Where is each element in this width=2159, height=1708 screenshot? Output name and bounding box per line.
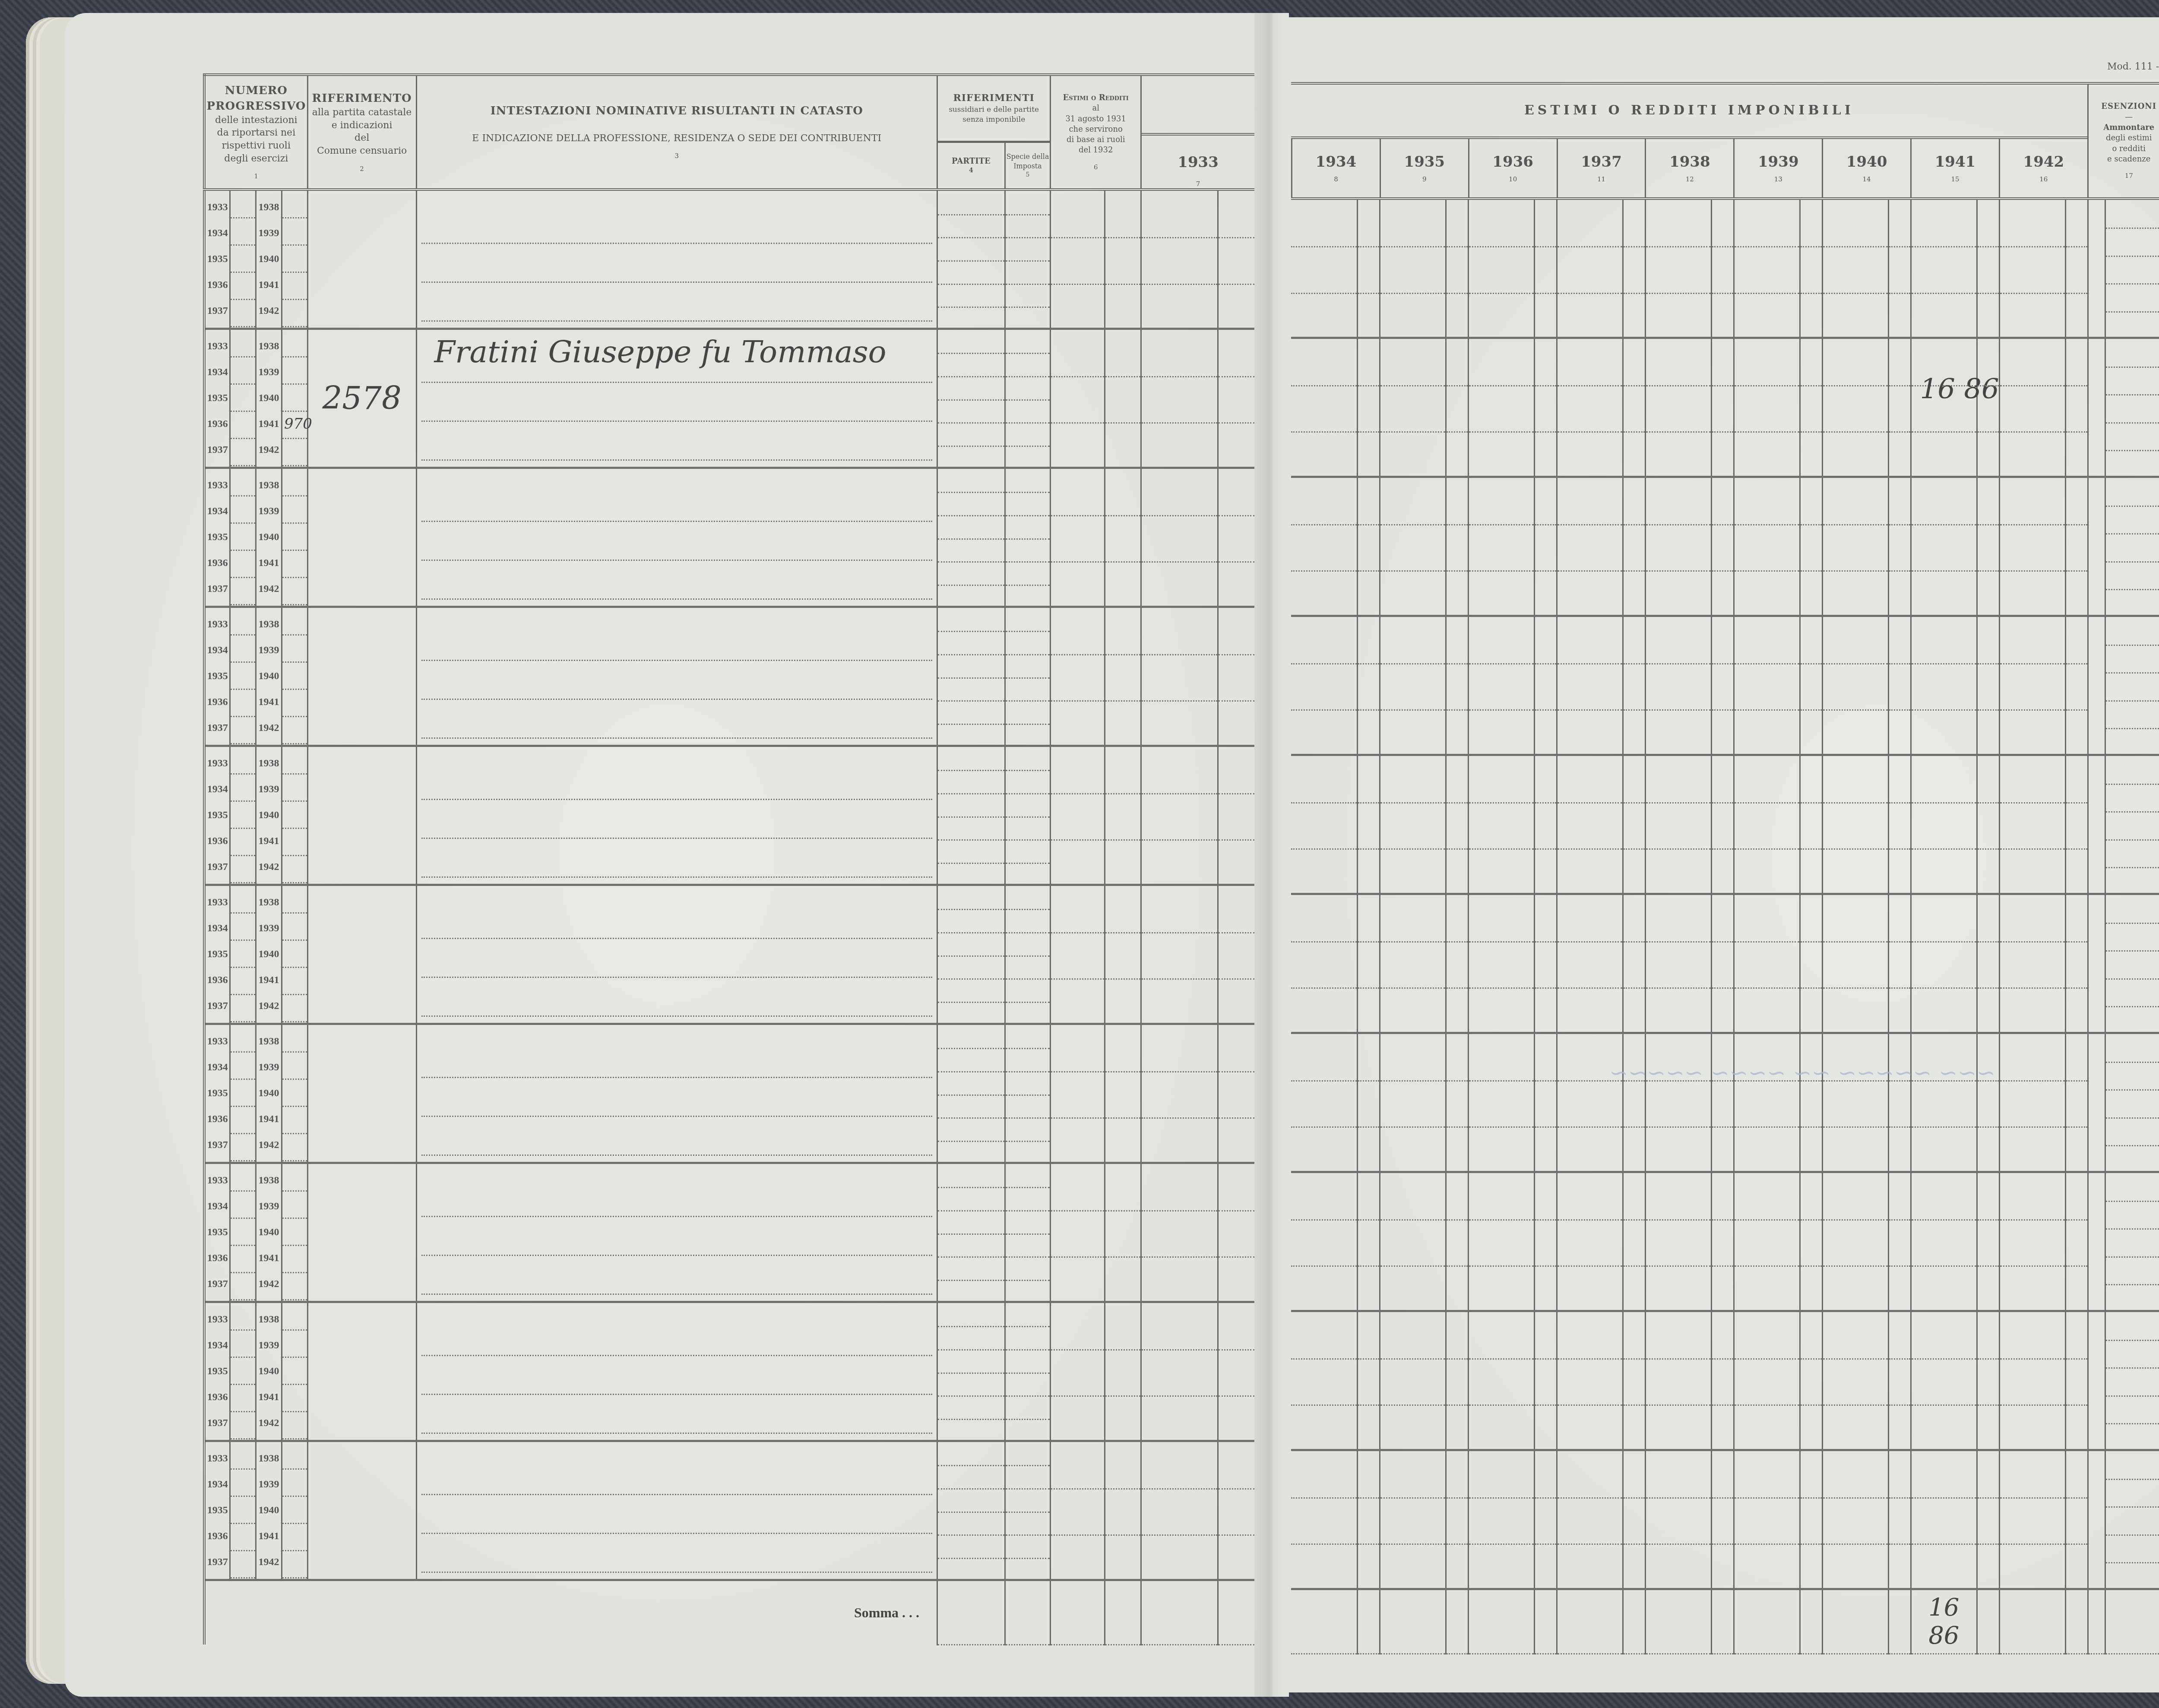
estimo-1940-cents[interactable]	[1889, 1172, 1911, 1311]
estimo-1934-cell[interactable]	[1291, 1311, 1358, 1450]
estimo-1941-cell[interactable]: 16 86	[1911, 338, 1977, 477]
estimo-1941-cents[interactable]	[1977, 894, 1999, 1033]
specie-cell[interactable]	[1005, 607, 1051, 746]
estimo-1936-cents[interactable]	[1535, 477, 1557, 616]
estimo-1939-cents[interactable]	[1800, 1033, 1822, 1172]
estimo-1935-cell[interactable]	[1380, 477, 1446, 616]
estimo-1937-cents[interactable]	[1623, 1033, 1645, 1172]
esenzioni-mark-cell[interactable]	[2088, 755, 2105, 894]
estimi-1931-cell[interactable]	[1051, 885, 1105, 1024]
estimo-1936-cell[interactable]	[1468, 338, 1535, 477]
esenzioni-cell[interactable]	[2105, 1311, 2159, 1450]
specie-cell[interactable]	[1005, 468, 1051, 607]
estimo-1936-cents[interactable]	[1535, 755, 1557, 894]
estimo-1937-cell[interactable]	[1557, 338, 1623, 477]
estimo-1937-cents[interactable]	[1623, 1172, 1645, 1311]
estimo-1935-cents[interactable]	[1446, 477, 1468, 616]
esenzioni-mark-cell[interactable]	[2088, 1450, 2105, 1589]
estimo-1939-cents[interactable]	[1800, 199, 1822, 338]
partite-cell[interactable]	[937, 607, 1005, 746]
estimi-1931-cents[interactable]	[1105, 1163, 1141, 1302]
year-1933-cell[interactable]	[1141, 885, 1218, 1024]
year-label: 1937	[206, 1410, 229, 1436]
estimo-1935-cents[interactable]	[1446, 1172, 1468, 1311]
estimi-1931-cell[interactable]	[1051, 746, 1105, 885]
estimo-1939-cents[interactable]	[1800, 338, 1822, 477]
specie-cell[interactable]	[1005, 190, 1051, 329]
intestazione-cell[interactable]	[416, 1163, 937, 1302]
partite-cell[interactable]	[937, 746, 1005, 885]
estimo-1940-cell[interactable]	[1822, 755, 1889, 894]
estimi-1931-cents[interactable]	[1105, 1024, 1141, 1163]
riferimento-cell[interactable]	[307, 1024, 416, 1163]
estimo-1935-cell[interactable]	[1380, 894, 1446, 1033]
year-1933-cell[interactable]	[1141, 329, 1218, 468]
estimo-1939-cents[interactable]	[1800, 477, 1822, 616]
estimo-1942-cell[interactable]	[1999, 199, 2066, 338]
estimo-1938-cell[interactable]	[1645, 1450, 1712, 1589]
esenzioni-mark-cell[interactable]	[2088, 1033, 2105, 1172]
estimo-1939-cell[interactable]	[1734, 1172, 1800, 1311]
riferimento-cell[interactable]	[307, 1163, 416, 1302]
year-1933-cell[interactable]	[1141, 468, 1218, 607]
col4-5-line: senza imponibile	[938, 115, 1050, 125]
estimo-1934-cell[interactable]	[1291, 338, 1358, 477]
estimo-1935-cell[interactable]	[1380, 199, 1446, 338]
year-1933-cents[interactable]	[1218, 1441, 1254, 1580]
esenzioni-cell[interactable]	[2105, 1450, 2159, 1589]
estimo-1940-cents[interactable]	[1889, 1033, 1911, 1172]
year-1933-cents[interactable]	[1218, 190, 1254, 329]
estimo-1939-cell[interactable]	[1734, 1033, 1800, 1172]
year-1933-cents[interactable]	[1218, 885, 1254, 1024]
estimo-1937-cell[interactable]	[1557, 894, 1623, 1033]
esenzioni-cell[interactable]	[2105, 755, 2159, 894]
estimo-1938-cell[interactable]	[1645, 755, 1712, 894]
estimo-1934-cell[interactable]	[1291, 477, 1358, 616]
dotted-line	[282, 636, 307, 663]
estimo-1941-cell[interactable]	[1911, 755, 1977, 894]
estimo-1936-cents[interactable]	[1535, 1450, 1557, 1589]
specie-cell[interactable]	[1005, 1302, 1051, 1441]
ledger-row-block	[1291, 616, 2159, 755]
year-1933-cell[interactable]	[1141, 1441, 1218, 1580]
partite-cell[interactable]	[937, 1302, 1005, 1441]
estimo-1942-cell[interactable]	[1999, 1172, 2066, 1311]
estimo-1941-cell[interactable]	[1911, 199, 1977, 338]
partite-cell[interactable]	[937, 468, 1005, 607]
partite-cell[interactable]	[937, 329, 1005, 468]
estimo-1941-cell[interactable]	[1911, 1033, 1977, 1172]
intestazione-cell[interactable]	[416, 607, 937, 746]
estimo-1940-cell[interactable]	[1822, 894, 1889, 1033]
estimo-1942-cents[interactable]	[2066, 1450, 2088, 1589]
intestazione-cell[interactable]	[416, 746, 937, 885]
dotted-line: 970	[282, 412, 307, 439]
year-1933-cents[interactable]	[1218, 329, 1254, 468]
estimo-1940-cents[interactable]	[1889, 338, 1911, 477]
year-1933-cell[interactable]	[1141, 1302, 1218, 1441]
estimo-1936-cell[interactable]	[1468, 616, 1535, 755]
estimo-1934-cell[interactable]	[1291, 1450, 1358, 1589]
year-1933-cents[interactable]	[1218, 607, 1254, 746]
estimi-1931-cell[interactable]	[1051, 190, 1105, 329]
estimi-1931-cell[interactable]	[1051, 329, 1105, 468]
estimo-1942-cents[interactable]	[2066, 894, 2088, 1033]
estimo-1941-cents[interactable]	[1977, 1311, 1999, 1450]
estimo-1938-cents[interactable]	[1712, 338, 1734, 477]
partite-cell[interactable]	[937, 190, 1005, 329]
estimo-1940-cents[interactable]	[1889, 1450, 1911, 1589]
estimo-1937-cents[interactable]	[1623, 616, 1645, 755]
estimi-1931-cents[interactable]	[1105, 1302, 1141, 1441]
estimo-1936-cell[interactable]	[1468, 1450, 1535, 1589]
esenzioni-mark-cell[interactable]	[2088, 477, 2105, 616]
estimo-1939-cents[interactable]	[1800, 755, 1822, 894]
estimo-1937-cents[interactable]	[1623, 477, 1645, 616]
estimo-1937-cell[interactable]	[1557, 1311, 1623, 1450]
estimo-1934-cell[interactable]	[1291, 1033, 1358, 1172]
riferimento-cell[interactable]	[307, 468, 416, 607]
estimo-1936-cents[interactable]	[1535, 894, 1557, 1033]
estimo-1942-cents[interactable]	[2066, 1033, 2088, 1172]
estimo-1938-cell[interactable]	[1645, 1172, 1712, 1311]
estimo-1937-cell[interactable]	[1557, 1172, 1623, 1311]
year-label: 1935	[206, 1219, 229, 1245]
partite-cell[interactable]	[937, 1441, 1005, 1580]
estimo-1942-cents[interactable]	[2066, 1172, 2088, 1311]
riferimento-cell[interactable]	[307, 190, 416, 329]
estimo-1937-cents[interactable]	[1623, 199, 1645, 338]
estimo-1942-cell[interactable]	[1999, 477, 2066, 616]
intestazione-cell[interactable]	[416, 468, 937, 607]
estimo-1935-cents[interactable]	[1446, 894, 1468, 1033]
esenzioni-cell[interactable]	[2105, 199, 2159, 338]
estimo-1935-cents[interactable]	[1446, 338, 1468, 477]
estimo-1934-cents[interactable]	[1358, 894, 1380, 1033]
estimo-1941-cell[interactable]	[1911, 1450, 1977, 1589]
estimo-1938-cents[interactable]	[1712, 1033, 1734, 1172]
estimo-1939-cents[interactable]	[1800, 1172, 1822, 1311]
estimo-1939-cents[interactable]	[1800, 894, 1822, 1033]
esenzioni-mark-cell[interactable]	[2088, 338, 2105, 477]
estimo-1935-cents[interactable]	[1446, 199, 1468, 338]
partite-cell[interactable]	[937, 885, 1005, 1024]
esenzioni-mark-cell[interactable]	[2088, 616, 2105, 755]
estimo-1938-cell[interactable]	[1645, 894, 1712, 1033]
estimo-1940-cell[interactable]	[1822, 616, 1889, 755]
estimo-1934-cents[interactable]	[1358, 338, 1380, 477]
estimo-1934-cell[interactable]	[1291, 616, 1358, 755]
year-1933-cell[interactable]	[1141, 1163, 1218, 1302]
years-col-b: 19381939194019411942	[256, 1306, 281, 1436]
estimo-1937-cents[interactable]	[1623, 1311, 1645, 1450]
year-1933-cell[interactable]	[1141, 190, 1218, 329]
estimo-1941-cell[interactable]	[1911, 894, 1977, 1033]
esenzioni-cell[interactable]	[2105, 616, 2159, 755]
estimo-1941-cell[interactable]	[1911, 1172, 1977, 1311]
esenzioni-mark-cell[interactable]	[2088, 199, 2105, 338]
estimo-1935-cents[interactable]	[1446, 1450, 1468, 1589]
estimo-1941-cell[interactable]	[1911, 477, 1977, 616]
estimo-1938-cents[interactable]	[1712, 616, 1734, 755]
estimi-1931-cents[interactable]	[1105, 607, 1141, 746]
estimo-1939-cell[interactable]	[1734, 477, 1800, 616]
dotted-line	[282, 1080, 307, 1107]
year-1933-cell[interactable]	[1141, 746, 1218, 885]
estimo-1942-cell[interactable]	[1999, 1450, 2066, 1589]
estimo-1935-cents[interactable]	[1446, 1311, 1468, 1450]
estimo-1936-cell[interactable]	[1468, 755, 1535, 894]
riferimento-cell[interactable]	[307, 1441, 416, 1580]
estimo-1941-cents[interactable]	[1977, 338, 1999, 477]
estimo-1942-cell[interactable]	[1999, 755, 2066, 894]
estimo-1938-cell[interactable]	[1645, 199, 1712, 338]
estimi-1931-cell[interactable]	[1051, 468, 1105, 607]
estimo-1934-cents[interactable]	[1358, 1450, 1380, 1589]
year-1933-cents[interactable]	[1218, 468, 1254, 607]
estimo-1942-cell[interactable]	[1999, 616, 2066, 755]
estimo-1935-cents[interactable]	[1446, 755, 1468, 894]
specie-cell[interactable]	[1005, 1441, 1051, 1580]
estimo-1937-cents[interactable]	[1623, 338, 1645, 477]
estimo-1941-cell[interactable]	[1911, 1311, 1977, 1450]
estimo-1940-cents[interactable]	[1889, 616, 1911, 755]
estimo-1935-cell[interactable]	[1380, 616, 1446, 755]
dotted-line	[231, 1080, 255, 1107]
estimo-1941-cell[interactable]	[1911, 616, 1977, 755]
estimo-1941-cents[interactable]	[1977, 755, 1999, 894]
estimo-1936-cell[interactable]	[1468, 1311, 1535, 1450]
ledger-row-block: 19331934193519361937 1938193919401941194…	[204, 1163, 1254, 1302]
estimo-1935-cell[interactable]	[1380, 1033, 1446, 1172]
estimo-1939-cents[interactable]	[1800, 1311, 1822, 1450]
estimo-1938-cell[interactable]	[1645, 338, 1712, 477]
dotted-line	[231, 941, 255, 968]
intestazione-cell[interactable]: Fratini Giuseppe fu Tommaso	[416, 329, 937, 468]
estimi-1931-cents[interactable]	[1105, 746, 1141, 885]
estimo-1942-cents[interactable]	[2066, 755, 2088, 894]
dotted-line	[282, 551, 307, 578]
estimo-1939-cell[interactable]	[1734, 199, 1800, 338]
estimi-1931-cell[interactable]	[1051, 1024, 1105, 1163]
col-number: 15	[1912, 175, 1999, 183]
estimo-1939-cell[interactable]	[1734, 1311, 1800, 1450]
estimo-1942-cell[interactable]	[1999, 1311, 2066, 1450]
estimo-1941-cents[interactable]	[1977, 1033, 1999, 1172]
estimo-1942-cell[interactable]	[1999, 894, 2066, 1033]
estimo-1940-cents[interactable]	[1889, 894, 1911, 1033]
estimo-1935-cell[interactable]	[1380, 1172, 1446, 1311]
estimo-1936-cents[interactable]	[1535, 1033, 1557, 1172]
riferimento-cell[interactable]	[307, 746, 416, 885]
estimo-1938-cell[interactable]	[1645, 1311, 1712, 1450]
year-label: 1939	[256, 1054, 281, 1080]
estimo-1942-cents[interactable]	[2066, 199, 2088, 338]
year-1933-cents[interactable]	[1218, 1163, 1254, 1302]
estimo-1941-cents[interactable]	[1977, 1450, 1999, 1589]
estimo-1935-cell[interactable]	[1380, 338, 1446, 477]
estimo-1940-cents[interactable]	[1889, 1311, 1911, 1450]
estimo-1937-cell[interactable]	[1557, 199, 1623, 338]
estimo-1937-cell[interactable]	[1557, 477, 1623, 616]
esenzioni-cell[interactable]	[2105, 338, 2159, 477]
estimo-1936-cents[interactable]	[1535, 1172, 1557, 1311]
esenzioni-cell[interactable]	[2105, 477, 2159, 616]
estimo-1942-cents[interactable]	[2066, 477, 2088, 616]
estimo-1934-cents[interactable]	[1358, 755, 1380, 894]
intestazione-cell[interactable]	[416, 885, 937, 1024]
specie-cell[interactable]	[1005, 746, 1051, 885]
estimo-1936-cell[interactable]	[1468, 1172, 1535, 1311]
estimo-1938-cents[interactable]	[1712, 1172, 1734, 1311]
specie-cell[interactable]	[1005, 885, 1051, 1024]
estimo-1935-cents[interactable]	[1446, 1033, 1468, 1172]
estimi-1931-cell[interactable]	[1051, 1163, 1105, 1302]
estimi-1931-cents[interactable]	[1105, 885, 1141, 1024]
estimo-1942-cents[interactable]	[2066, 1311, 2088, 1450]
intestazione-cell[interactable]	[416, 1441, 937, 1580]
estimi-1931-cents[interactable]	[1105, 468, 1141, 607]
estimo-1936-cell[interactable]	[1468, 477, 1535, 616]
estimi-1931-cell[interactable]	[1051, 1441, 1105, 1580]
dotted-line	[282, 1107, 307, 1134]
esenzioni-mark-cell[interactable]	[2088, 1311, 2105, 1450]
estimo-1934-cents[interactable]	[1358, 1172, 1380, 1311]
year-label: 1941	[256, 689, 281, 715]
estimo-1935-cell[interactable]	[1380, 1311, 1446, 1450]
estimo-1940-cell[interactable]	[1822, 1033, 1889, 1172]
riferimento-cell[interactable]	[307, 1302, 416, 1441]
estimo-1938-cents[interactable]	[1712, 477, 1734, 616]
estimo-1934-cents[interactable]	[1358, 199, 1380, 338]
year-label: 1942	[256, 576, 281, 602]
esenzioni-cell[interactable]: ~~~ ~~~~~ ~~ ~~~~ ~~~~~	[2105, 1033, 2159, 1172]
estimo-1938-cents[interactable]	[1712, 755, 1734, 894]
estimi-1931-cents[interactable]	[1105, 329, 1141, 468]
riferimento-cell[interactable]	[307, 607, 416, 746]
estimo-1934-cell[interactable]	[1291, 199, 1358, 338]
estimo-1934-cell[interactable]	[1291, 1172, 1358, 1311]
estimo-1935-cell[interactable]	[1380, 755, 1446, 894]
estimi-1931-cell[interactable]	[1051, 607, 1105, 746]
estimo-1939-cell[interactable]	[1734, 1450, 1800, 1589]
estimo-1939-cents[interactable]	[1800, 616, 1822, 755]
estimo-1942-cents[interactable]	[2066, 338, 2088, 477]
estimo-1936-cents[interactable]	[1535, 1311, 1557, 1450]
estimo-1939-cell[interactable]	[1734, 338, 1800, 477]
estimo-1934-cell[interactable]	[1291, 755, 1358, 894]
estimo-1939-cell[interactable]	[1734, 894, 1800, 1033]
intestazione-cell[interactable]	[416, 190, 937, 329]
specie-cell[interactable]	[1005, 329, 1051, 468]
estimo-1934-cents[interactable]	[1358, 1311, 1380, 1450]
estimo-1934-cents[interactable]	[1358, 477, 1380, 616]
estimo-1936-cell[interactable]	[1468, 894, 1535, 1033]
estimo-1941-cents[interactable]	[1977, 199, 1999, 338]
estimo-1938-cell[interactable]	[1645, 616, 1712, 755]
estimo-1940-cents[interactable]	[1889, 477, 1911, 616]
estimo-1937-cell[interactable]	[1557, 1450, 1623, 1589]
estimo-1936-cents[interactable]	[1535, 199, 1557, 338]
estimo-1935-cents[interactable]	[1446, 616, 1468, 755]
year-1933-cents[interactable]	[1218, 1302, 1254, 1441]
estimo-1940-cell[interactable]	[1822, 199, 1889, 338]
estimo-1938-cents[interactable]	[1712, 1311, 1734, 1450]
estimo-1937-cell[interactable]	[1557, 1033, 1623, 1172]
dotted-line	[231, 273, 255, 300]
riferimento-cell[interactable]: 2578	[307, 329, 416, 468]
riferimento-cell[interactable]	[307, 885, 416, 1024]
estimo-1934-cell[interactable]	[1291, 894, 1358, 1033]
estimo-1940-cents[interactable]	[1889, 755, 1911, 894]
year-1933-cents[interactable]	[1218, 746, 1254, 885]
estimo-1941-cents[interactable]	[1977, 477, 1999, 616]
estimo-1937-cents[interactable]	[1623, 1450, 1645, 1589]
estimo-1934-cents[interactable]	[1358, 616, 1380, 755]
estimo-1941-cents[interactable]	[1977, 616, 1999, 755]
estimo-1940-cell[interactable]	[1822, 338, 1889, 477]
intestazione-cell[interactable]	[416, 1302, 937, 1441]
estimo-1940-cents[interactable]	[1889, 199, 1911, 338]
estimo-1938-cell[interactable]	[1645, 477, 1712, 616]
estimo-1936-cell[interactable]	[1468, 1033, 1535, 1172]
esenzioni-cell[interactable]	[2105, 894, 2159, 1033]
estimo-1936-cents[interactable]	[1535, 616, 1557, 755]
esenzioni-cell[interactable]	[2105, 1172, 2159, 1311]
specie-cell[interactable]	[1005, 1163, 1051, 1302]
estimi-1931-cents[interactable]	[1105, 190, 1141, 329]
estimo-1937-cell[interactable]	[1557, 755, 1623, 894]
estimo-1940-cell[interactable]	[1822, 1172, 1889, 1311]
estimo-1941-cents[interactable]	[1977, 1172, 1999, 1311]
estimo-1940-cell[interactable]	[1822, 1311, 1889, 1450]
estimi-1931-cents[interactable]	[1105, 1441, 1141, 1580]
esenzioni-mark-cell[interactable]	[2088, 1172, 2105, 1311]
estimo-1938-cell[interactable]	[1645, 1033, 1712, 1172]
estimo-1942-cell[interactable]	[1999, 338, 2066, 477]
estimi-1931-cell[interactable]	[1051, 1302, 1105, 1441]
intestazione-cell[interactable]	[416, 1024, 937, 1163]
estimo-1936-cents[interactable]	[1535, 338, 1557, 477]
estimo-1939-cell[interactable]	[1734, 755, 1800, 894]
estimo-1937-cell[interactable]	[1557, 616, 1623, 755]
estimo-1937-cents[interactable]	[1623, 755, 1645, 894]
specie-cell[interactable]	[1005, 1024, 1051, 1163]
partite-cell[interactable]	[937, 1024, 1005, 1163]
dots-col-b	[282, 1025, 307, 1161]
year-1933-cell[interactable]	[1141, 1024, 1218, 1163]
estimo-1938-cents[interactable]	[1712, 199, 1734, 338]
estimo-1938-cents[interactable]	[1712, 894, 1734, 1033]
estimo-1939-cents[interactable]	[1800, 1450, 1822, 1589]
estimo-1940-cell[interactable]	[1822, 477, 1889, 616]
dots-col-a	[231, 747, 255, 883]
estimo-1937-cents[interactable]	[1623, 894, 1645, 1033]
estimo-1942-cell[interactable]	[1999, 1033, 2066, 1172]
esenzioni-mark-cell[interactable]	[2088, 894, 2105, 1033]
estimo-1934-cents[interactable]	[1358, 1033, 1380, 1172]
estimo-1938-cents[interactable]	[1712, 1450, 1734, 1589]
estimo-1940-cell[interactable]	[1822, 1450, 1889, 1589]
year-1933-cell[interactable]	[1141, 607, 1218, 746]
estimo-1942-cents[interactable]	[2066, 616, 2088, 755]
estimo-1939-cell[interactable]	[1734, 616, 1800, 755]
partite-cell[interactable]	[937, 1163, 1005, 1302]
estimo-1936-cell[interactable]	[1468, 199, 1535, 338]
year-1933-cents[interactable]	[1218, 1024, 1254, 1163]
estimo-1935-cell[interactable]	[1380, 1450, 1446, 1589]
